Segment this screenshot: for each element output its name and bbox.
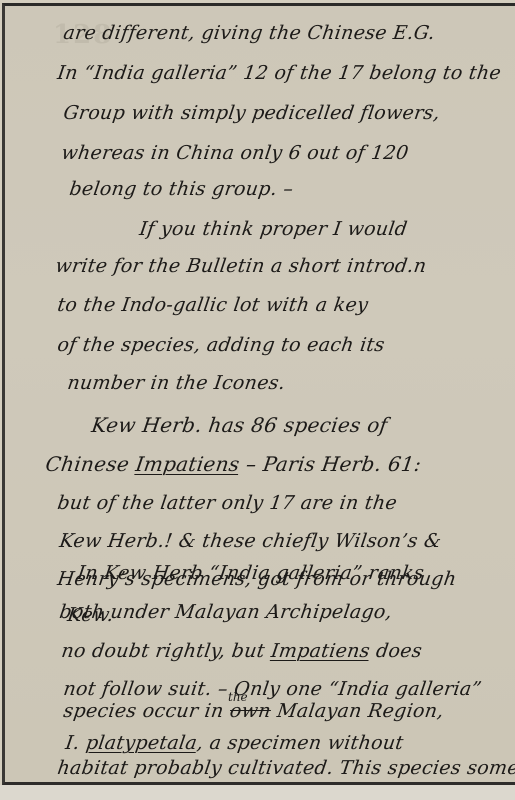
handwritten-line-17: In Kew Herb “India galleria” ranks [76,562,426,584]
line-12-end: – Paris Herb. 61: [238,452,423,476]
handwritten-line-13: but of the latter only 17 are in the [56,492,399,514]
line-12-start: Chinese [44,452,138,476]
line-21-start: species occur in [62,700,232,722]
handwritten-line-7: write for the Bulletin a short introd.n [54,255,428,277]
handwritten-line-20: not follow suit. – Only one “India galle… [62,678,483,700]
handwritten-line-21: species occur in own Malayan Region, [62,700,445,722]
handwritten-line-6: If you think proper I would [138,218,409,240]
underlined-impatiens: Impatiens [134,452,241,476]
line-22-end: , a specimen without [196,732,405,754]
handwritten-line-2: In “India galleria” 12 of the 17 belong … [56,62,503,84]
struck-word: own [228,700,272,722]
handwritten-line-3: Group with simply pedicelled flowers, [62,102,441,124]
handwritten-line-8: to the Indo-gallic lot with a key [56,294,370,316]
handwritten-line-10: number in the Icones. [66,372,287,394]
underlined-impatiens-2: Impatiens [270,640,372,662]
handwritten-line-18: both under Malayan Archipelago, [58,601,394,623]
handwritten-line-14: Kew Herb.! & these chiefly Wilson’s & [58,530,443,552]
handwritten-line-4: whereas in China only 6 out of 120 [60,142,410,164]
handwritten-line-11: Kew Herb. has 86 species of [90,413,389,437]
line-19-end: does [368,640,423,662]
handwritten-line-12: Chinese Impatiens – Paris Herb. 61: [44,452,423,476]
handwritten-line-23: habitat probably cultivated. This specie… [56,757,515,779]
handwritten-line-9: of the species, adding to each its [56,334,386,356]
handwritten-line-1: are different, giving the Chinese E.G. [62,22,436,44]
line-21-end: Malayan Region, [269,700,445,722]
line-19-start: no doubt rightly, but [60,640,273,662]
handwritten-line-19: no doubt rightly, but Impatiens does [60,640,424,662]
handwritten-line-5: belong to this group. – [68,178,295,200]
scanned-page-background: 128 are different, giving the Chinese E.… [0,0,515,800]
handwritten-line-22: I. platypetala, a specimen without [64,732,405,754]
underlined-platypetala: platypetala [85,732,199,754]
scan-margin [0,785,515,800]
